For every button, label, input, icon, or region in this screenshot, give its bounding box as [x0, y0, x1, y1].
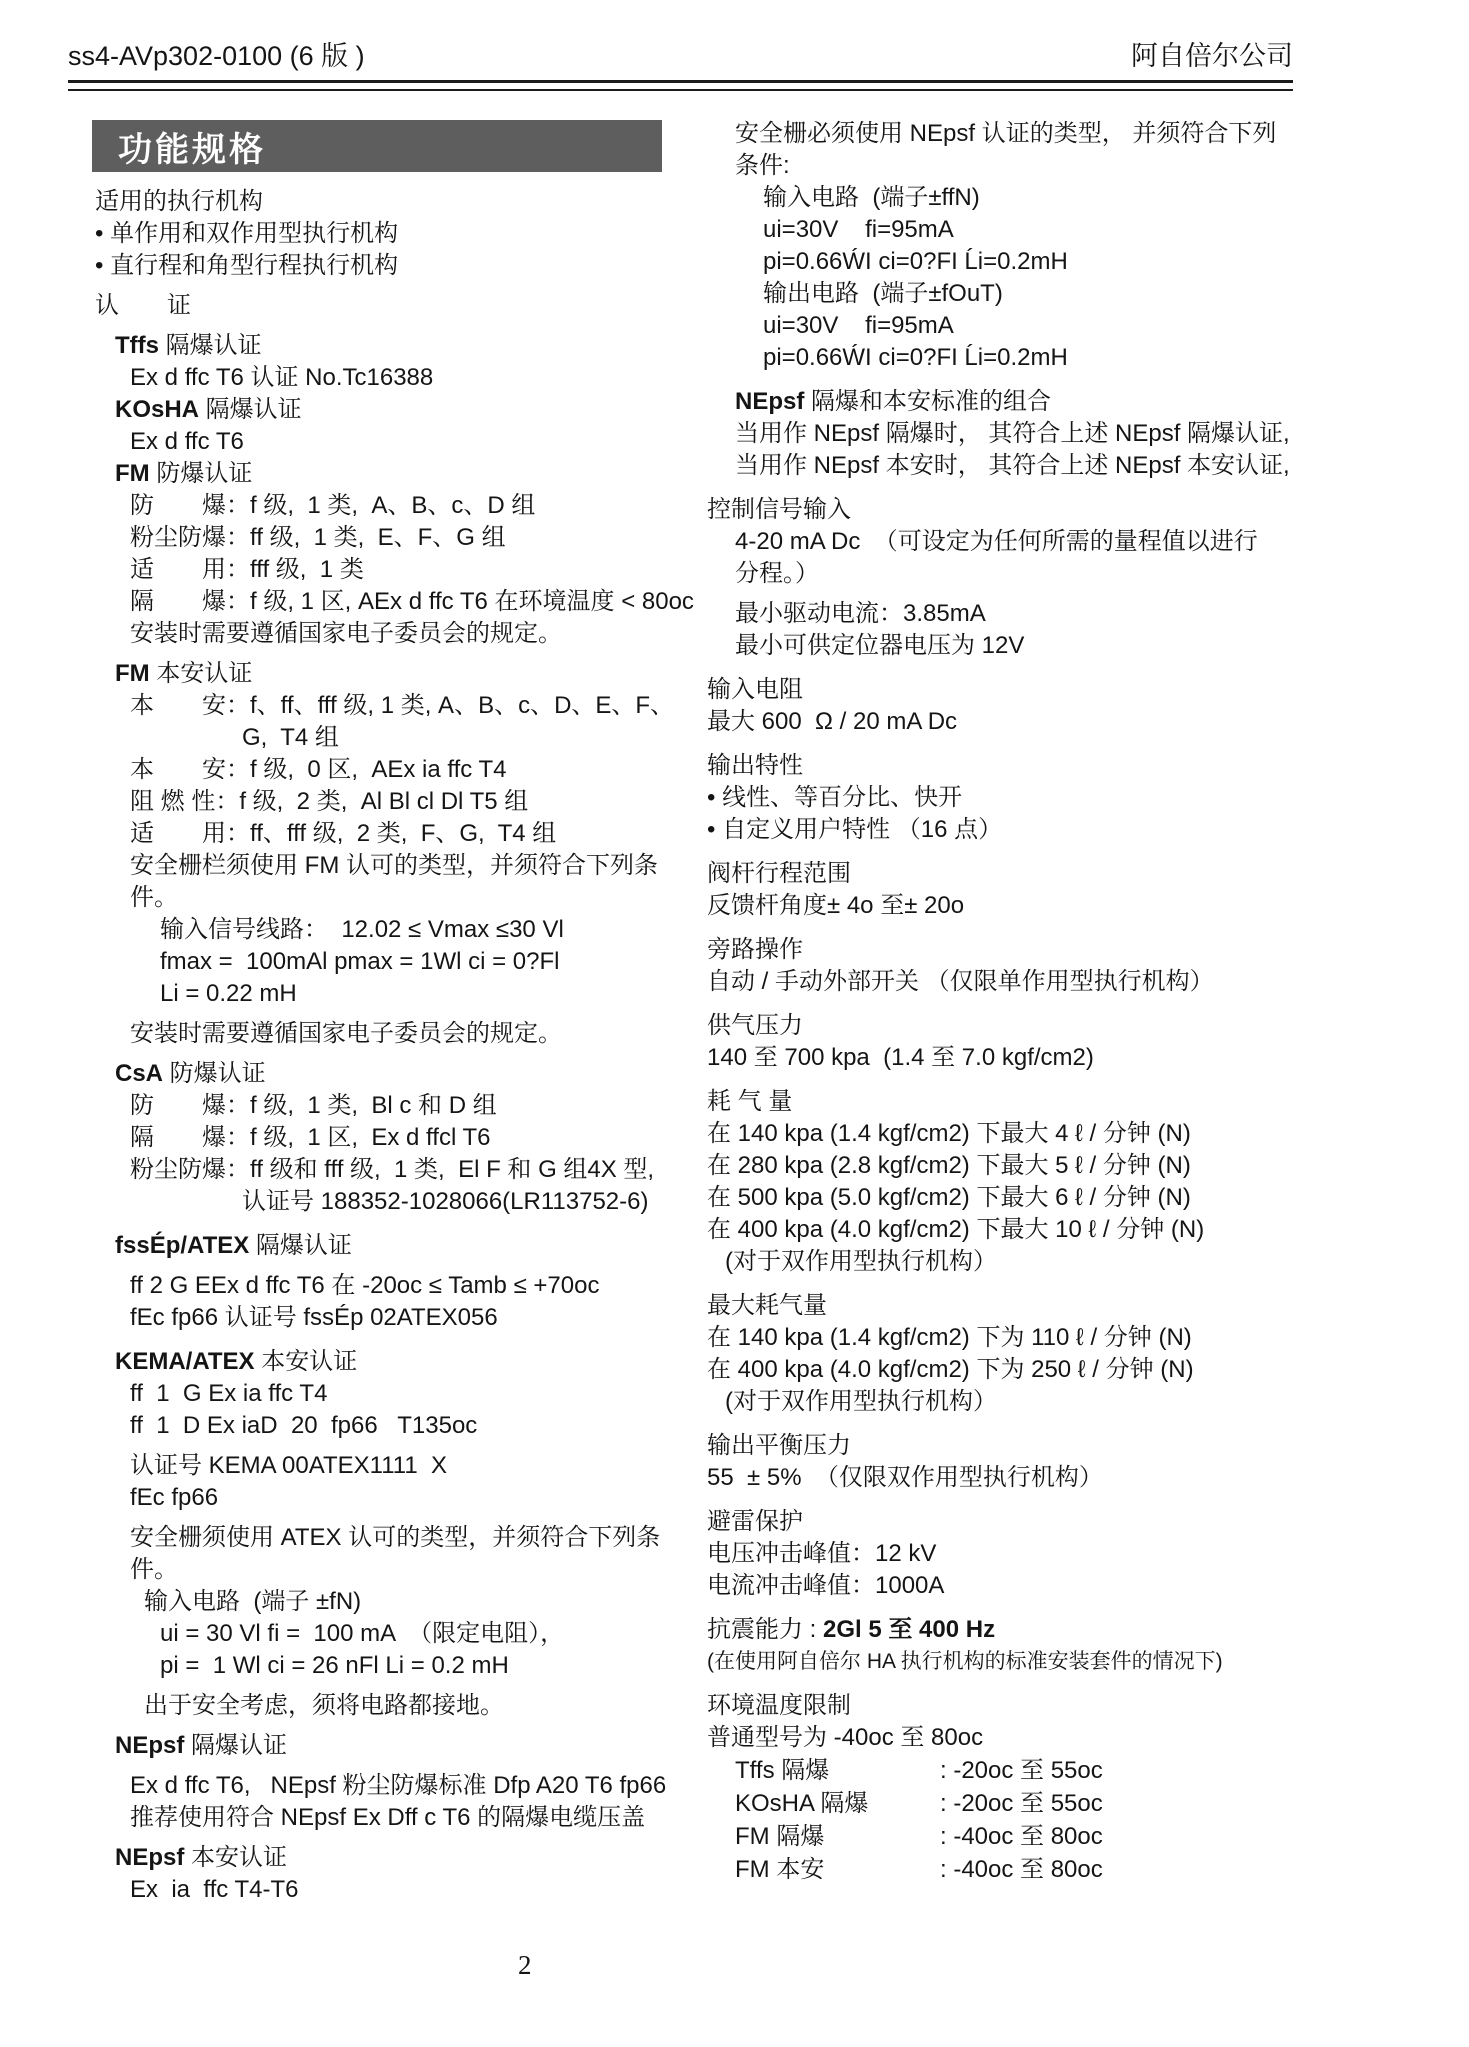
- line-text: (对于双作用型执行机构）: [725, 1248, 997, 1275]
- doc-line: fmax = 100mAl pmax = 1Wl ci = 0?Fl: [92, 946, 667, 978]
- doc-line: 本 安：f、ff、fff 级, 1 类, A、B、c、D、E、F、: [92, 690, 667, 722]
- doc-line: 适 用：ff、fff 级, 2 类, F、G, T4 组: [92, 818, 667, 850]
- line-text: fmax = 100mAl pmax = 1Wl ci = 0?Fl: [160, 948, 559, 975]
- line-text: 认证号 188352-1028066(LR113752-6): [242, 1188, 649, 1215]
- line-after-text: 本安认证: [255, 1348, 358, 1375]
- doc-line: 认 证: [92, 290, 667, 322]
- doc-line: 当用作 NEpsf 本安时， 其符合上述 NEpsf 本安认证,: [705, 450, 1297, 482]
- line-text: 适 用：fff 级, 1 类: [130, 556, 364, 583]
- line-text: 供气压力: [707, 1012, 803, 1039]
- doc-line: 适 用：fff 级, 1 类: [92, 554, 667, 586]
- doc-line: Ex d ffc T6, NEpsf 粉尘防爆标准 Dfp A20 T6 fp6…: [92, 1770, 667, 1802]
- line-text: 适用的执行机构: [95, 188, 263, 215]
- doc-line: 在 400 kpa (4.0 kgf/cm2) 下为 250 ℓ / 分钟 (N…: [705, 1354, 1297, 1386]
- doc-line: 在 280 kpa (2.8 kgf/cm2) 下最大 5 ℓ / 分钟 (N): [705, 1150, 1297, 1182]
- line-bold-text: NEpsf: [115, 1844, 184, 1871]
- temp-row-label: Tffs 隔爆: [735, 1754, 940, 1787]
- line-text: 140 至 700 kpa (1.4 至 7.0 kgf/cm2): [707, 1044, 1094, 1071]
- line-text: 在 140 kpa (1.4 kgf/cm2) 下为 110 ℓ / 分钟 (N…: [707, 1324, 1192, 1351]
- line-text: 安全栅必须使用 NEpsf 认证的类型， 并须符合下列: [735, 120, 1276, 147]
- line-text: 4-20 mA Dc （可设定为任何所需的量程值以进行: [735, 528, 1258, 555]
- doc-line: 隔 爆：f 级, 1 区, AEx d ffc T6 在环境温度 < 80oc: [92, 586, 667, 618]
- doc-line: • 单作用和双作用型执行机构: [92, 218, 667, 250]
- line-text: 防 爆：f 级, 1 类, Bl c 和 D 组: [130, 1092, 497, 1119]
- line-text: 电流冲击峰值：1000A: [707, 1572, 944, 1599]
- doc-line: 阻 燃 性：f 级, 2 类, Al Bl cl Dl T5 组: [92, 786, 667, 818]
- line-text: 推荐使用符合 NEpsf Ex Dff c T6 的隔爆电缆压盖: [130, 1804, 645, 1831]
- doc-line: 抗震能力 : 2Gl 5 至 400 Hz: [705, 1614, 1297, 1646]
- doc-line: 当用作 NEpsf 隔爆时， 其符合上述 NEpsf 隔爆认证,: [705, 418, 1297, 450]
- line-text: (在使用阿自倍尔 HA 执行机构的标准安装套件的情况下): [707, 1650, 1223, 1673]
- doc-line: 自动 / 手动外部开关 （仅限单作用型执行机构）: [705, 966, 1297, 998]
- line-text: pi = 1 Wl ci = 26 nFl Li = 0.2 mH: [160, 1652, 509, 1679]
- doc-line: 隔 爆：f 级, 1 区, Ex d ffcl T6: [92, 1122, 667, 1154]
- doc-line: (在使用阿自倍尔 HA 执行机构的标准安装套件的情况下): [705, 1646, 1297, 1678]
- line-text: 在 140 kpa (1.4 kgf/cm2) 下最大 4 ℓ / 分钟 (N): [707, 1120, 1191, 1147]
- doc-line: 输入电路 (端子 ±fN): [92, 1586, 667, 1618]
- line-text: 安全栅须使用 ATEX 认可的类型，并须符合下列条: [130, 1524, 660, 1551]
- doc-line: fEc fp66: [92, 1482, 667, 1514]
- line-text: 在 400 kpa (4.0 kgf/cm2) 下为 250 ℓ / 分钟 (N…: [707, 1356, 1194, 1383]
- line-text: 防 爆：f 级, 1 类, A、B、c、D 组: [130, 492, 535, 519]
- doc-line: NEpsf 隔爆和本安标准的组合: [705, 386, 1297, 418]
- doc-line: NEpsf 隔爆认证: [92, 1730, 667, 1762]
- line-text: • 自定义用户特性 （16 点）: [707, 816, 1002, 843]
- line-text: 最大 600 Ω / 20 mA Dc: [707, 708, 957, 735]
- doc-line: 输入信号线路： 12.02 ≤ Vmax ≤30 Vl: [92, 914, 667, 946]
- document-number: ss4-AVp302-0100 (6 版 ): [68, 34, 365, 73]
- line-text: ui = 30 Vl fi = 100 mA （限定电阻），: [160, 1620, 564, 1647]
- doc-line: 电压冲击峰值：12 kV: [705, 1538, 1297, 1570]
- temp-row-label: KOsHA 隔爆: [735, 1787, 940, 1820]
- company-name: 阿自倍尔公司: [1131, 34, 1293, 73]
- line-after-text: 防爆认证: [150, 460, 253, 487]
- line-text: G, T4 组: [242, 724, 339, 751]
- line-text: 隔 爆：f 级, 1 区, Ex d ffcl T6: [130, 1124, 491, 1151]
- line-text: fEc fp66 认证号 fssÉp 02ATEX056: [130, 1304, 498, 1331]
- temp-row-value: : -20oc 至 55oc: [940, 1787, 1103, 1820]
- line-text: ff 2 G EEx d ffc T6 在 -20oc ≤ Tamb ≤ +70…: [130, 1272, 599, 1299]
- doc-line: Ex d ffc T6: [92, 426, 667, 458]
- line-text: (对于双作用型执行机构）: [725, 1388, 997, 1415]
- temperature-limit-table: Tffs 隔爆: -20oc 至 55ocKOsHA 隔爆: -20oc 至 5…: [705, 1754, 1297, 1886]
- temp-row: KOsHA 隔爆: -20oc 至 55oc: [705, 1787, 1297, 1820]
- line-text: Li = 0.22 mH: [160, 980, 297, 1007]
- line-text: 输入电阻: [707, 676, 803, 703]
- line-text: 耗 气 量: [707, 1088, 792, 1115]
- doc-line: 本 安：f 级, 0 区, AEx ia ffc T4: [92, 754, 667, 786]
- line-text: ui=30V fi=95mA: [763, 312, 954, 339]
- line-text: 条件:: [735, 152, 790, 179]
- line-text: 本 安：f、ff、fff 级, 1 类, A、B、c、D、E、F、: [130, 692, 674, 719]
- line-text: 分程。）: [735, 560, 819, 587]
- line-text: 电压冲击峰值：12 kV: [707, 1540, 936, 1567]
- doc-line: ff 1 D Ex iaD 20 fp66 T135oc: [92, 1410, 667, 1442]
- line-after-text: 隔爆认证: [159, 332, 262, 359]
- line-text: 在 400 kpa (4.0 kgf/cm2) 下最大 10 ℓ / 分钟 (N…: [707, 1216, 1204, 1243]
- doc-line: 适用的执行机构: [92, 186, 667, 218]
- doc-line: 输出平衡压力: [705, 1430, 1297, 1462]
- line-text: pi=0.66ẂI ci=0?FI Ĺi=0.2mH: [763, 344, 1068, 371]
- left-column: 功能规格 适用的执行机构• 单作用和双作用型执行机构• 直行程和角型行程执行机构…: [92, 120, 667, 1906]
- doc-line: KEMA/ATEX 本安认证: [92, 1346, 667, 1378]
- line-text: 在 500 kpa (5.0 kgf/cm2) 下最大 6 ℓ / 分钟 (N): [707, 1184, 1191, 1211]
- doc-line: Tffs 隔爆认证: [92, 330, 667, 362]
- doc-line: 在 140 kpa (1.4 kgf/cm2) 下最大 4 ℓ / 分钟 (N): [705, 1118, 1297, 1150]
- doc-line: ff 1 G Ex ia ffc T4: [92, 1378, 667, 1410]
- doc-line: 推荐使用符合 NEpsf Ex Dff c T6 的隔爆电缆压盖: [92, 1802, 667, 1834]
- doc-line: 电流冲击峰值：1000A: [705, 1570, 1297, 1602]
- line-text: 适 用：ff、fff 级, 2 类, F、G, T4 组: [130, 820, 556, 847]
- line-text: 输入信号线路： 12.02 ≤ Vmax ≤30 Vl: [160, 916, 564, 943]
- doc-line: 出于安全考虑，须将电路都接地。: [92, 1690, 667, 1722]
- line-text: 阻 燃 性：f 级, 2 类, Al Bl cl Dl T5 组: [130, 788, 528, 815]
- doc-line: 输出电路 (端子±fOuT): [705, 278, 1297, 310]
- doc-line: 认证号 KEMA 00ATEX1111 X: [92, 1450, 667, 1482]
- line-text: 旁路操作: [707, 936, 803, 963]
- line-text: 件。: [130, 884, 178, 911]
- doc-line: 最大耗气量: [705, 1290, 1297, 1322]
- doc-line: 55 ± 5% （仅限双作用型执行机构）: [705, 1462, 1297, 1494]
- line-text: 阀杆行程范围: [707, 860, 851, 887]
- doc-line: ui=30V fi=95mA: [705, 310, 1297, 342]
- doc-line: 耗 气 量: [705, 1086, 1297, 1118]
- page-number: 2: [518, 1950, 532, 1981]
- line-text: 粉尘防爆：ff 级和 fff 级, 1 类, El F 和 G 组4X 型,: [130, 1156, 654, 1183]
- line-text: 输入电路 (端子±ffN): [763, 184, 980, 211]
- doc-line: fEc fp66 认证号 fssÉp 02ATEX056: [92, 1302, 667, 1334]
- line-text: 控制信号输入: [707, 496, 851, 523]
- line-bold-text: Tffs: [115, 332, 159, 359]
- line-bold-text: FM: [115, 460, 150, 487]
- line-text: 当用作 NEpsf 本安时， 其符合上述 NEpsf 本安认证,: [735, 452, 1290, 479]
- line-text: fEc fp66: [130, 1484, 218, 1511]
- temp-row-value: : -40oc 至 80oc: [940, 1853, 1103, 1886]
- temp-row-value: : -40oc 至 80oc: [940, 1820, 1103, 1853]
- doc-line: FM 本安认证: [92, 658, 667, 690]
- doc-line: 安装时需要遵循国家电子委员会的规定。: [92, 618, 667, 650]
- line-text: ui=30V fi=95mA: [763, 216, 954, 243]
- line-after-text: 本安认证: [184, 1844, 287, 1871]
- line-after-text: 隔爆和本安标准的组合: [804, 388, 1051, 415]
- line-text: 认证号 KEMA 00ATEX1111 X: [130, 1452, 447, 1479]
- temp-row: Tffs 隔爆: -20oc 至 55oc: [705, 1754, 1297, 1787]
- doc-line: ui = 30 Vl fi = 100 mA （限定电阻），: [92, 1618, 667, 1650]
- doc-line: 在 400 kpa (4.0 kgf/cm2) 下最大 10 ℓ / 分钟 (N…: [705, 1214, 1297, 1246]
- doc-line: 140 至 700 kpa (1.4 至 7.0 kgf/cm2): [705, 1042, 1297, 1074]
- line-text: • 线性、等百分比、快开: [707, 784, 962, 811]
- line-after-text: 隔爆认证: [199, 396, 302, 423]
- doc-line: 最小可供定位器电压为 12V: [705, 630, 1297, 662]
- line-text: 安全栅栏须使用 FM 认可的类型，并须符合下列条: [130, 852, 658, 879]
- line-text: 自动 / 手动外部开关 （仅限单作用型执行机构）: [707, 968, 1214, 995]
- line-bold-text: NEpsf: [115, 1732, 184, 1759]
- doc-line: 普通型号为 -40oc 至 80oc: [705, 1722, 1297, 1754]
- doc-line: NEpsf 本安认证: [92, 1842, 667, 1874]
- doc-line: 防 爆：f 级, 1 类, Bl c 和 D 组: [92, 1090, 667, 1122]
- line-text: 安装时需要遵循国家电子委员会的规定。: [130, 1020, 562, 1047]
- line-bold-text: NEpsf: [735, 388, 804, 415]
- line-text: Ex d ffc T6, NEpsf 粉尘防爆标准 Dfp A20 T6 fp6…: [130, 1772, 666, 1799]
- doc-line: G, T4 组: [92, 722, 667, 754]
- line-text: • 单作用和双作用型执行机构: [95, 220, 398, 247]
- line-text: 当用作 NEpsf 隔爆时， 其符合上述 NEpsf 隔爆认证,: [735, 420, 1290, 447]
- line-text: 出于安全考虑，须将电路都接地。: [144, 1692, 504, 1719]
- doc-line: CsA 防爆认证: [92, 1058, 667, 1090]
- doc-line: 在 140 kpa (1.4 kgf/cm2) 下为 110 ℓ / 分钟 (N…: [705, 1322, 1297, 1354]
- line-text: ff 1 G Ex ia ffc T4: [130, 1380, 327, 1407]
- line-bold-text: KEMA/ATEX: [115, 1348, 255, 1375]
- doc-line: (对于双作用型执行机构）: [705, 1386, 1297, 1418]
- doc-line: 反馈杆角度± 4o 至± 20o: [705, 890, 1297, 922]
- line-after-text: 本安认证: [150, 660, 253, 687]
- doc-line: 避雷保护: [705, 1506, 1297, 1538]
- doc-line: KOsHA 隔爆认证: [92, 394, 667, 426]
- line-after-text: 隔爆认证: [249, 1232, 352, 1259]
- line-text: 55 ± 5% （仅限双作用型执行机构）: [707, 1464, 1103, 1491]
- doc-line: 防 爆：f 级, 1 类, A、B、c、D 组: [92, 490, 667, 522]
- line-after-text: 隔爆认证: [184, 1732, 287, 1759]
- line-text: ff 1 D Ex iaD 20 fp66 T135oc: [130, 1412, 477, 1439]
- doc-line: 件。: [92, 882, 667, 914]
- line-text: 安装时需要遵循国家电子委员会的规定。: [130, 620, 562, 647]
- line-text: 普通型号为 -40oc 至 80oc: [707, 1724, 983, 1751]
- line-text: pi=0.66ẂI ci=0?FI Ĺi=0.2mH: [763, 248, 1068, 275]
- line-text: 认 证: [95, 292, 191, 319]
- doc-line: pi = 1 Wl ci = 26 nFl Li = 0.2 mH: [92, 1650, 667, 1682]
- line-text: 输入电路 (端子 ±fN): [144, 1588, 361, 1615]
- doc-line: 输入电阻: [705, 674, 1297, 706]
- line-text: 最大耗气量: [707, 1292, 827, 1319]
- line-text: Ex d ffc T6 认证 No.Tc16388: [130, 364, 433, 391]
- doc-line: 阀杆行程范围: [705, 858, 1297, 890]
- line-text: 避雷保护: [707, 1508, 803, 1535]
- line-bold-text: FM: [115, 660, 150, 687]
- doc-line: 在 500 kpa (5.0 kgf/cm2) 下最大 6 ℓ / 分钟 (N): [705, 1182, 1297, 1214]
- doc-line: 最小驱动电流：3.85mA: [705, 598, 1297, 630]
- doc-line: pi=0.66ẂI ci=0?FI Ĺi=0.2mH: [705, 246, 1297, 278]
- line-text: 反馈杆角度± 4o 至± 20o: [707, 892, 964, 919]
- line-bold-text: fssÉp/ATEX: [115, 1232, 249, 1259]
- doc-line: FM 防爆认证: [92, 458, 667, 490]
- line-text: 输出电路 (端子±fOuT): [763, 280, 1003, 307]
- doc-line: 件。: [92, 1554, 667, 1586]
- page-header: ss4-AVp302-0100 (6 版 ) 阿自倍尔公司: [68, 34, 1293, 73]
- doc-line: Li = 0.22 mH: [92, 978, 667, 1010]
- line-text: 输出特性: [707, 752, 803, 779]
- doc-line: 粉尘防爆：ff 级和 fff 级, 1 类, El F 和 G 组4X 型,: [92, 1154, 667, 1186]
- header-rule: [68, 80, 1293, 91]
- line-text: 抗震能力 :: [707, 1616, 823, 1643]
- doc-line: 旁路操作: [705, 934, 1297, 966]
- doc-line: Ex ia ffc T4-T6: [92, 1874, 667, 1906]
- doc-line: ui=30V fi=95mA: [705, 214, 1297, 246]
- doc-line: 安全栅栏须使用 FM 认可的类型，并须符合下列条: [92, 850, 667, 882]
- temp-row-label: FM 本安: [735, 1853, 940, 1886]
- section-title: 功能规格: [92, 120, 662, 172]
- line-bold-text: 2Gl 5 至 400 Hz: [823, 1616, 995, 1643]
- doc-line: 4-20 mA Dc （可设定为任何所需的量程值以进行: [705, 526, 1297, 558]
- line-text: Ex ia ffc T4-T6: [130, 1876, 299, 1903]
- doc-line: 控制信号输入: [705, 494, 1297, 526]
- doc-line: ff 2 G EEx d ffc T6 在 -20oc ≤ Tamb ≤ +70…: [92, 1270, 667, 1302]
- doc-line: 供气压力: [705, 1010, 1297, 1042]
- doc-line: pi=0.66ẂI ci=0?FI Ĺi=0.2mH: [705, 342, 1297, 374]
- doc-line: • 直行程和角型行程执行机构: [92, 250, 667, 282]
- temp-row-value: : -20oc 至 55oc: [940, 1754, 1103, 1787]
- line-text: 件。: [130, 1556, 178, 1583]
- left-column-lines: 适用的执行机构• 单作用和双作用型执行机构• 直行程和角型行程执行机构认 证Tf…: [92, 186, 667, 1906]
- doc-line: Ex d ffc T6 认证 No.Tc16388: [92, 362, 667, 394]
- line-bold-text: CsA: [115, 1060, 163, 1087]
- line-text: 输出平衡压力: [707, 1432, 851, 1459]
- doc-line: (对于双作用型执行机构）: [705, 1246, 1297, 1278]
- doc-line: 安装时需要遵循国家电子委员会的规定。: [92, 1018, 667, 1050]
- doc-line: 输入电路 (端子±ffN): [705, 182, 1297, 214]
- line-text: 环境温度限制: [707, 1692, 851, 1719]
- line-text: 在 280 kpa (2.8 kgf/cm2) 下最大 5 ℓ / 分钟 (N): [707, 1152, 1191, 1179]
- temp-row-label: FM 隔爆: [735, 1820, 940, 1853]
- doc-line: 环境温度限制: [705, 1690, 1297, 1722]
- right-column-lines: 安全栅必须使用 NEpsf 认证的类型， 并须符合下列条件:输入电路 (端子±f…: [705, 118, 1297, 1754]
- doc-line: 粉尘防爆：ff 级, 1 类, E、F、G 组: [92, 522, 667, 554]
- doc-line: 输出特性: [705, 750, 1297, 782]
- doc-line: 认证号 188352-1028066(LR113752-6): [92, 1186, 667, 1218]
- doc-line: 安全栅须使用 ATEX 认可的类型，并须符合下列条: [92, 1522, 667, 1554]
- temp-row: FM 隔爆: -40oc 至 80oc: [705, 1820, 1297, 1853]
- temp-row: FM 本安: -40oc 至 80oc: [705, 1853, 1297, 1886]
- doc-line: 最大 600 Ω / 20 mA Dc: [705, 706, 1297, 738]
- line-text: Ex d ffc T6: [130, 428, 244, 455]
- line-text: 粉尘防爆：ff 级, 1 类, E、F、G 组: [130, 524, 506, 551]
- line-after-text: 防爆认证: [163, 1060, 266, 1087]
- doc-line: 安全栅必须使用 NEpsf 认证的类型， 并须符合下列: [705, 118, 1297, 150]
- line-text: 最小驱动电流：3.85mA: [735, 600, 986, 627]
- line-text: 本 安：f 级, 0 区, AEx ia ffc T4: [130, 756, 507, 783]
- doc-line: • 自定义用户特性 （16 点）: [705, 814, 1297, 846]
- doc-line: • 线性、等百分比、快开: [705, 782, 1297, 814]
- doc-line: fssÉp/ATEX 隔爆认证: [92, 1230, 667, 1262]
- doc-line: 分程。）: [705, 558, 1297, 590]
- line-text: 隔 爆：f 级, 1 区, AEx d ffc T6 在环境温度 < 80oc: [130, 588, 694, 615]
- line-text: 最小可供定位器电压为 12V: [735, 632, 1024, 659]
- line-text: • 直行程和角型行程执行机构: [95, 252, 398, 279]
- doc-line: 条件:: [705, 150, 1297, 182]
- line-bold-text: KOsHA: [115, 396, 199, 423]
- right-column: 安全栅必须使用 NEpsf 认证的类型， 并须符合下列条件:输入电路 (端子±f…: [705, 118, 1297, 1886]
